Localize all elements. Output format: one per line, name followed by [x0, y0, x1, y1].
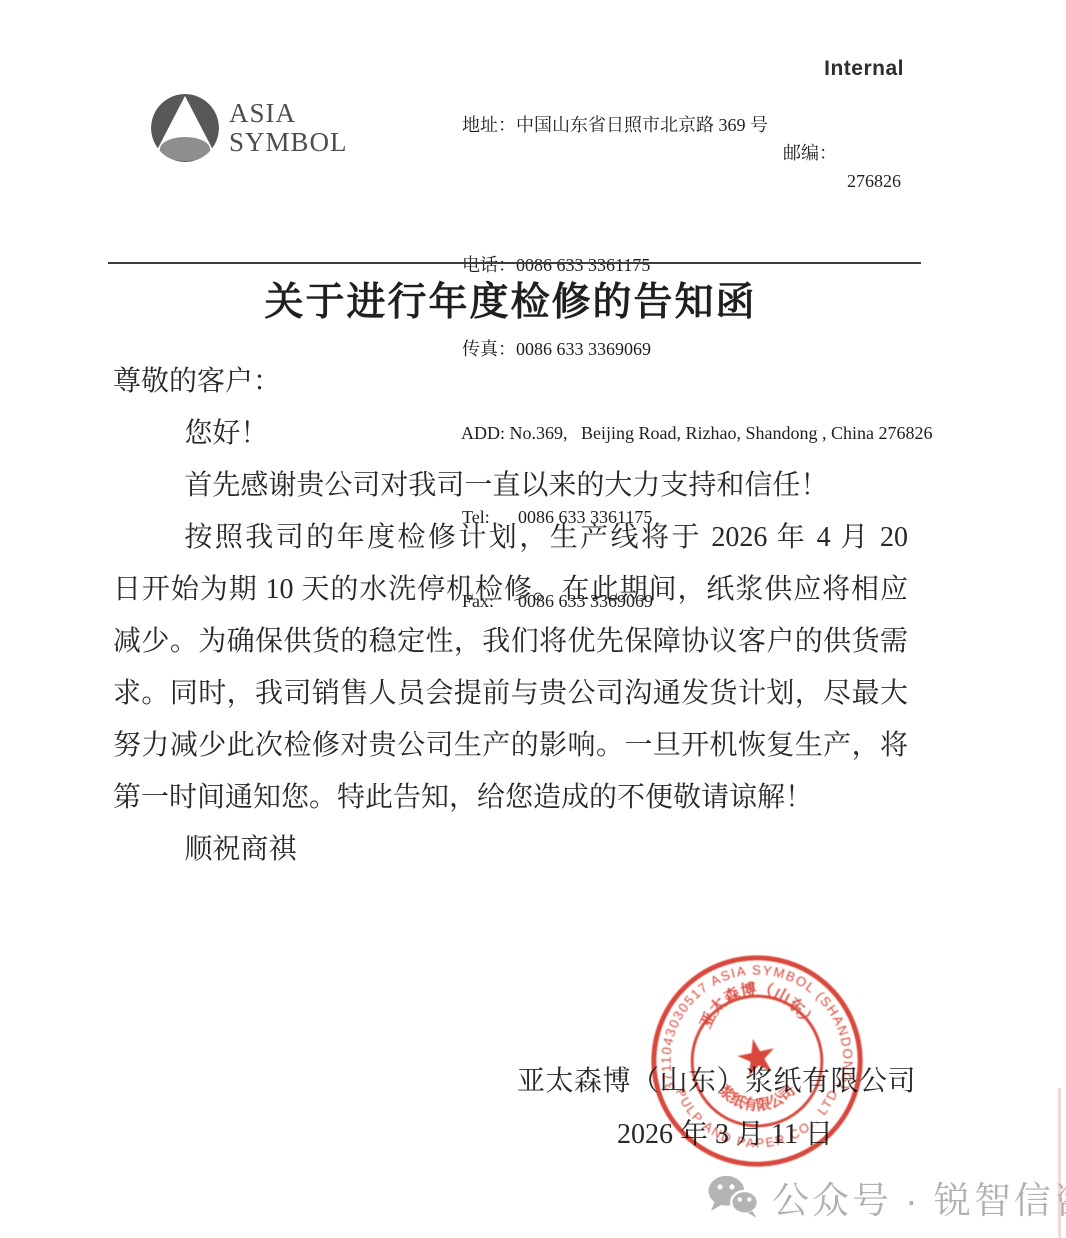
logo-name-line1: ASIA	[229, 99, 348, 128]
wechat-watermark: 公众号 · 锐智信咨询	[708, 1170, 1066, 1224]
scan-artifact-line	[1058, 1088, 1061, 1238]
body-line: 减少。为确保供货的稳定性，我们将优先保障协议客户的供货需	[113, 616, 908, 668]
svg-text:PULP AND PAPER CO., LTD: PULP AND PAPER CO., LTD	[673, 1086, 841, 1151]
closing-line: 顺祝商祺	[113, 824, 908, 876]
salutation: 尊敬的客户：	[113, 356, 908, 408]
svg-text:浆纸有限公司: 浆纸有限公司	[715, 1081, 798, 1114]
letter-body: 尊敬的客户： 您好！ 首先感谢贵公司对我司一直以来的大力支持和信任！ 按照我司的…	[113, 356, 908, 876]
wechat-icon	[708, 1175, 760, 1220]
zip-label: 邮编：	[783, 139, 837, 167]
body-line: 按照我司的年度检修计划，生产线将于 2026 年 4 月 20	[113, 512, 908, 564]
body-line: 求。同时，我司销售人员会提前与贵公司沟通发货计划，尽最大	[113, 668, 908, 720]
address-row: 地址：中国山东省日照市北京路 369 号 邮编： 276826	[435, 83, 913, 223]
scanned-letter-page: Internal ASIA SYMBOL 地址：中国山东省日照市北京路 369 …	[0, 0, 1066, 1238]
body-line: 日开始为期 10 天的水洗停机检修。在此期间，纸浆供应将相应	[113, 564, 908, 616]
stamp-outer-ring-bottom-text: PULP AND PAPER CO., LTD	[673, 1086, 841, 1151]
address-value: 中国山东省日照市北京路 369 号	[516, 115, 768, 135]
zip-value: 276826	[847, 167, 901, 195]
letter-title: 关于进行年度检修的告知函	[113, 271, 908, 327]
logo-name-line2: SYMBOL	[229, 128, 348, 157]
internal-classification-label: Internal	[824, 57, 904, 81]
watermark-text: 公众号 · 锐智信咨询	[772, 1170, 1066, 1224]
stamp-inner-bottom-text: 浆纸有限公司	[715, 1081, 798, 1114]
header-divider	[108, 262, 921, 264]
company-seal-stamp-icon: 3711043030517 ASIA SYMBOL (SHANDONG) PUL…	[644, 948, 870, 1174]
body-line: 努力减少此次检修对贵公司生产的影响。一旦开机恢复生产，将	[113, 720, 908, 772]
body-line: 第一时间通知您。特此告知，给您造成的不便敬请谅解！	[113, 772, 908, 824]
asia-symbol-logo-icon	[149, 92, 221, 164]
address-label: 地址：	[462, 115, 516, 135]
body-line: 首先感谢贵公司对我司一直以来的大力支持和信任！	[113, 460, 908, 512]
star-icon	[735, 1035, 779, 1078]
company-logo-text: ASIA SYMBOL	[229, 99, 348, 157]
body-line: 您好！	[113, 408, 908, 460]
